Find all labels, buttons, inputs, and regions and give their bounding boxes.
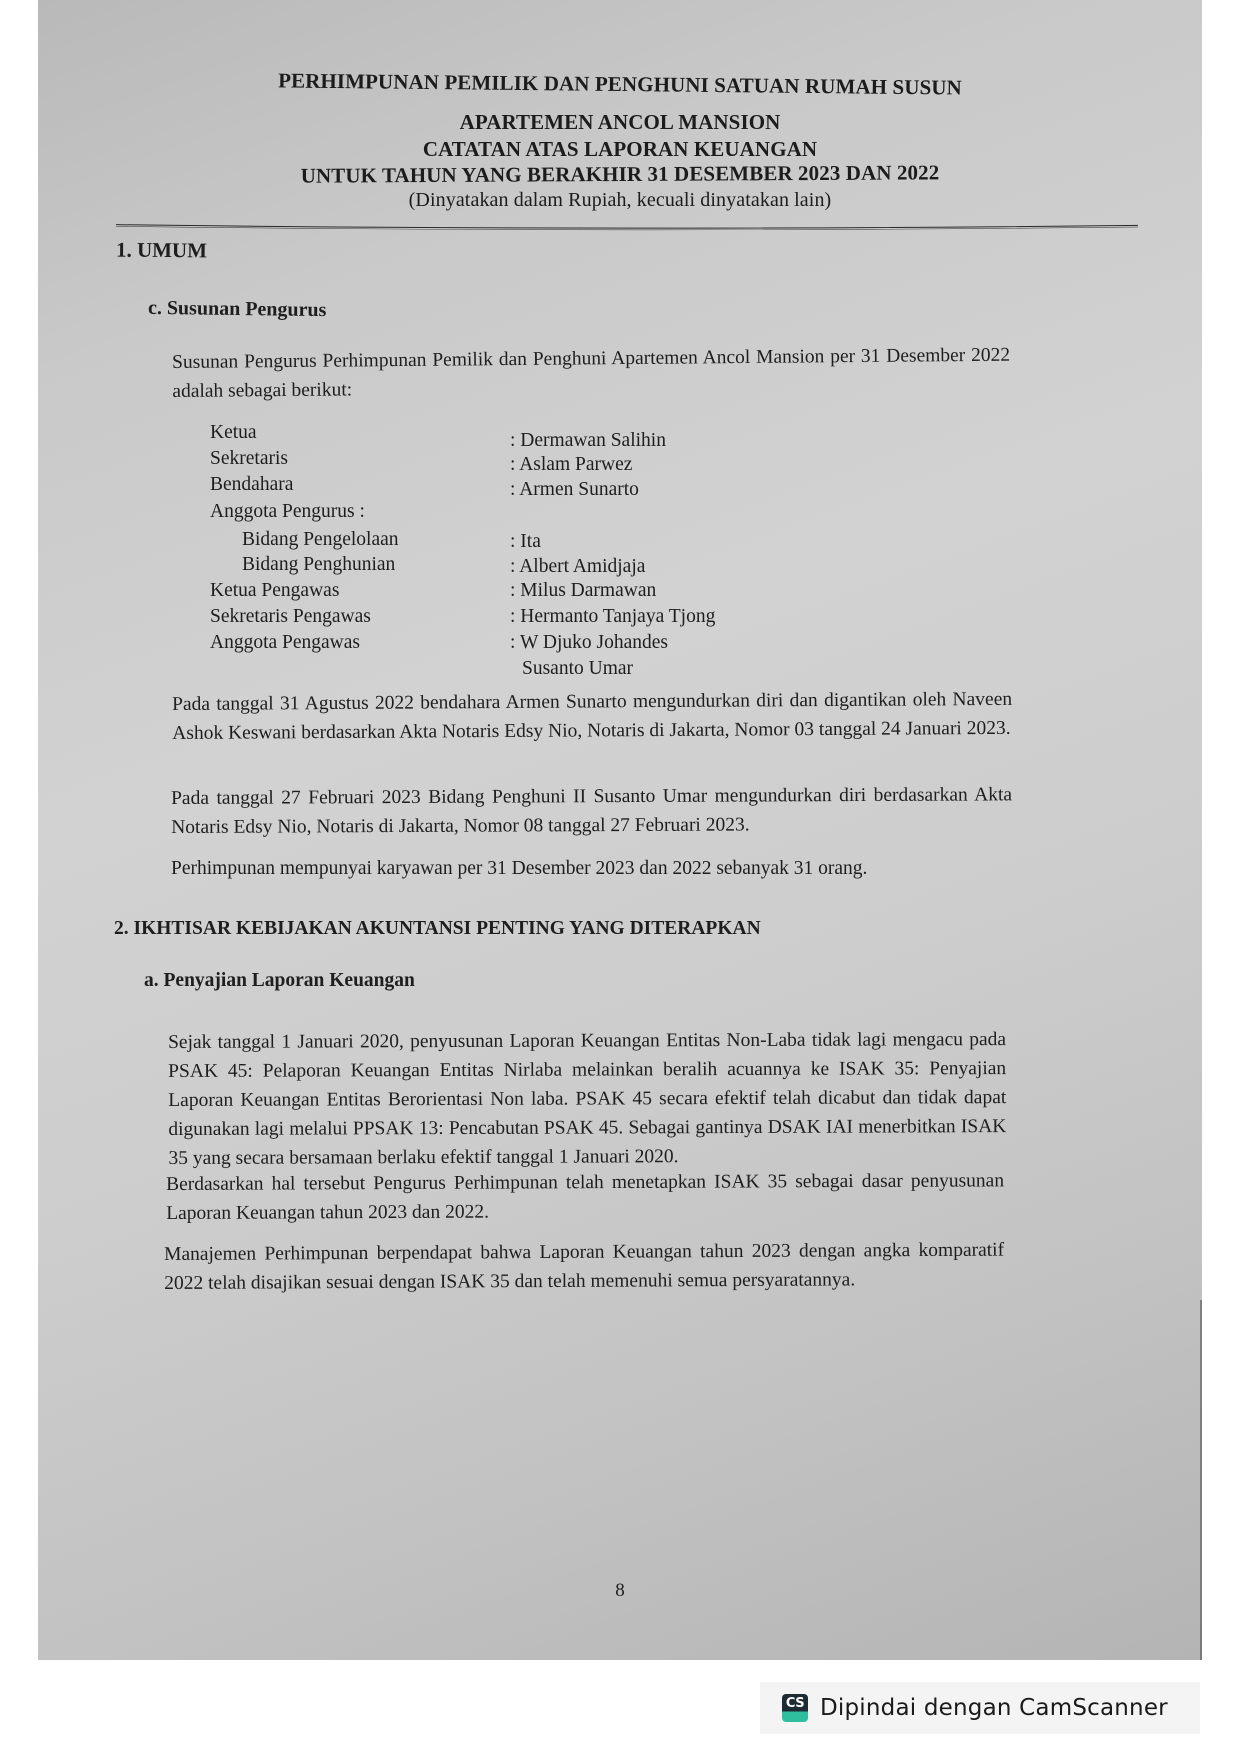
page-number: 8 <box>38 1580 1202 1602</box>
paragraph-isak35-adoption: Berdasarkan hal tersebut Pengurus Perhim… <box>166 1166 1004 1228</box>
roster-role: Sekretaris Pengawas <box>210 606 371 628</box>
paragraph-resignation: Pada tanggal 27 Februari 2023 Bidang Pen… <box>171 780 1012 842</box>
roster-member: : Hermanto Tanjaya Tjong <box>510 606 715 628</box>
roster-member: : W Djuko Johandes <box>510 632 668 654</box>
roster-role: Ketua <box>210 422 257 444</box>
roster-role: Anggota Pengurus : <box>210 501 365 523</box>
paragraph-treasurer-change: Pada tanggal 31 Agustus 2022 bendahara A… <box>172 685 1012 748</box>
roster-role: Ketua Pengawas <box>210 580 339 602</box>
roster-intro: Susunan Pengurus Perhimpunan Pemilik dan… <box>172 341 1010 406</box>
camscanner-watermark: CS Dipindai dengan CamScanner <box>760 1682 1200 1734</box>
subsection-c-heading: c. Susunan Pengurus <box>148 297 327 322</box>
subsection-a-heading: a. Penyajian Laporan Keuangan <box>144 970 415 992</box>
header-currency-note: (Dinyatakan dalam Rupiah, kecuali dinyat… <box>38 189 1202 212</box>
section-1-heading: 1. UMUM <box>116 238 207 264</box>
page-edge-shadow <box>1200 1300 1202 1660</box>
header-organization-name: PERHIMPUNAN PEMILIK DAN PENGHUNI SATUAN … <box>38 66 1202 103</box>
roster-role: Bidang Penghunian <box>242 554 395 576</box>
header-document-title: CATATAN ATAS LAPORAN KEUANGAN <box>38 137 1202 162</box>
roster-role: Bidang Pengelolaan <box>242 529 399 551</box>
roster-member: : Aslam Parwez <box>510 454 632 476</box>
camscanner-logo-icon: CS <box>782 1694 808 1722</box>
header-period: UNTUK TAHUN YANG BERAKHIR 31 DESEMBER 20… <box>38 159 1202 190</box>
roster-role: Bendahara <box>210 474 293 496</box>
roster-member: : Ita <box>510 531 541 553</box>
roster-member: Susanto Umar <box>522 658 633 680</box>
header-double-rule <box>116 224 1138 234</box>
roster-member: : Albert Amidjaja <box>510 556 645 578</box>
camscanner-label: Dipindai dengan CamScanner <box>820 1695 1168 1721</box>
paragraph-isak35-background: Sejak tanggal 1 Januari 2020, penyusunan… <box>168 1025 1007 1173</box>
roster-member: : Armen Sunarto <box>510 479 639 501</box>
scanned-page: PERHIMPUNAN PEMILIK DAN PENGHUNI SATUAN … <box>38 0 1202 1660</box>
roster-member: : Dermawan Salihin <box>510 430 666 452</box>
paragraph-management-opinion: Manajemen Perhimpunan berpendapat bahwa … <box>164 1236 1004 1298</box>
roster-role: Sekretaris <box>210 448 288 470</box>
paragraph-employee-count: Perhimpunan mempunyai karyawan per 31 De… <box>171 854 867 883</box>
header-apartment-name: APARTEMEN ANCOL MANSION <box>38 110 1202 135</box>
section-2-heading: 2. IKHTISAR KEBIJAKAN AKUNTANSI PENTING … <box>114 918 761 940</box>
roster-role: Anggota Pengawas <box>210 632 360 654</box>
roster-member: : Milus Darmawan <box>510 580 656 602</box>
